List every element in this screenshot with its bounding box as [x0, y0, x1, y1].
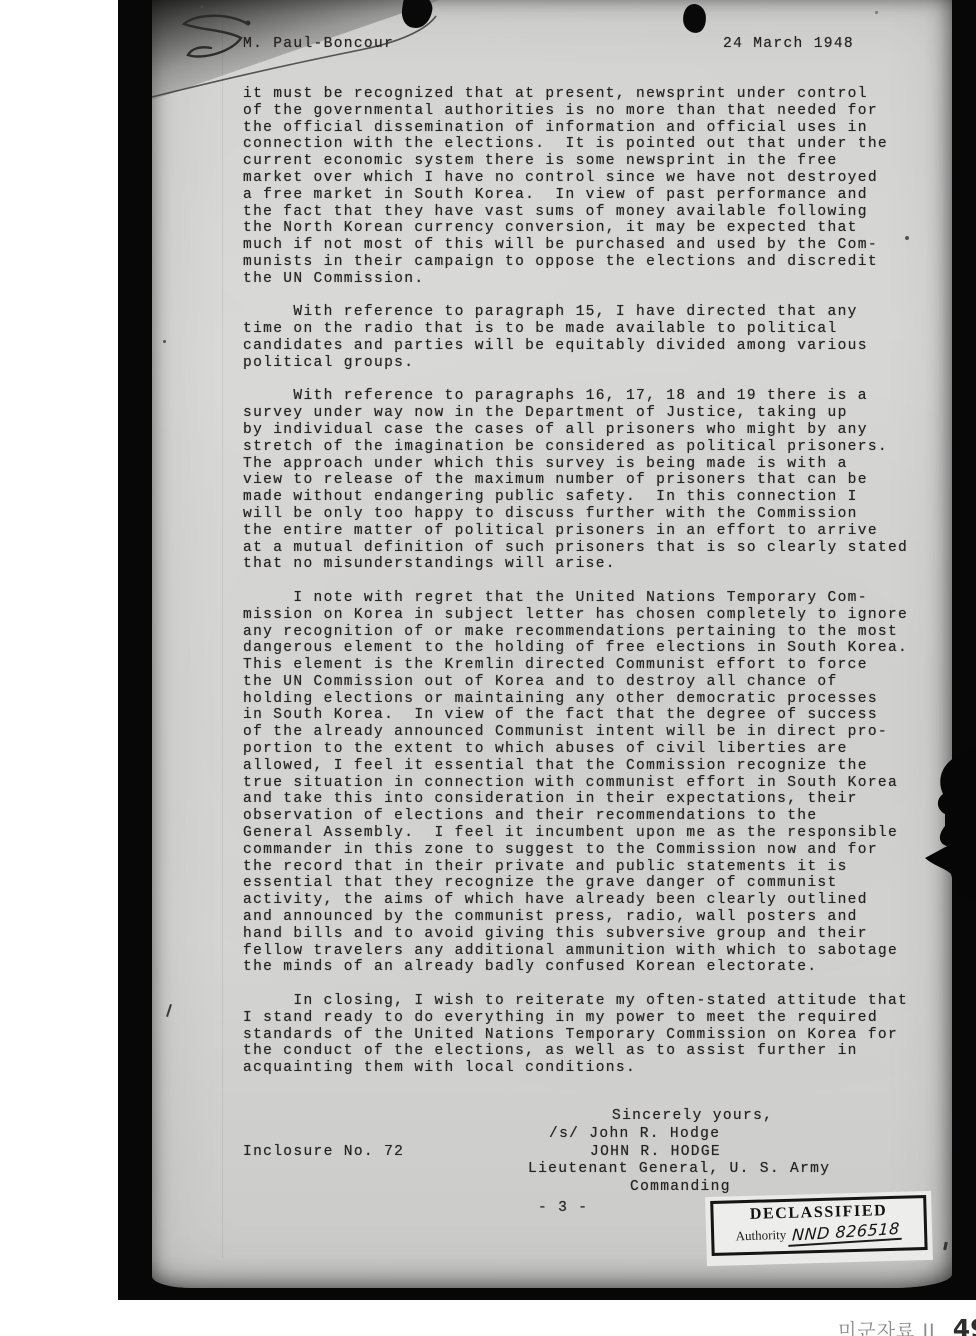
- signer-name-line: JOHN R. HODGE: [590, 1144, 721, 1161]
- paper-speck: [875, 11, 878, 14]
- page-number: - 3 -: [538, 1200, 588, 1217]
- signer-title-line: Commanding: [630, 1179, 731, 1196]
- scanned-letter-page: M. Paul-Boncour 24 March 1948 it must be…: [0, 0, 976, 1336]
- paper-fold-line: [222, 18, 223, 1258]
- signer-rank-line: Lieutenant General, U. S. Army: [528, 1161, 830, 1178]
- closing-line: Sincerely yours,: [612, 1108, 773, 1125]
- archive-page-ref: 495: [953, 1314, 976, 1336]
- letter-body: it must be recognized that at present, n…: [243, 86, 908, 1077]
- stamp-authority-label: Authority: [735, 1227, 786, 1243]
- archive-caption: 미군자료 II 495: [838, 1314, 976, 1336]
- inclosure-line: Inclosure No. 72: [243, 1144, 404, 1161]
- declassified-stamp-authority-line: AuthorityNND 826518: [720, 1220, 919, 1247]
- archive-series-label: 미군자료 II: [838, 1320, 936, 1336]
- signed-line: /s/ John R. Hodge: [549, 1126, 720, 1143]
- declassified-stamp-border: DECLASSIFIED AuthorityNND 826518: [710, 1195, 927, 1256]
- declassified-stamp: DECLASSIFIED AuthorityNND 826518: [705, 1191, 933, 1266]
- addressee-line: M. Paul-Boncour: [243, 36, 394, 53]
- paper-speck: [163, 340, 166, 343]
- stamp-authority-number-handwritten: NND 826518: [788, 1219, 903, 1247]
- date-line: 24 March 1948: [723, 36, 854, 53]
